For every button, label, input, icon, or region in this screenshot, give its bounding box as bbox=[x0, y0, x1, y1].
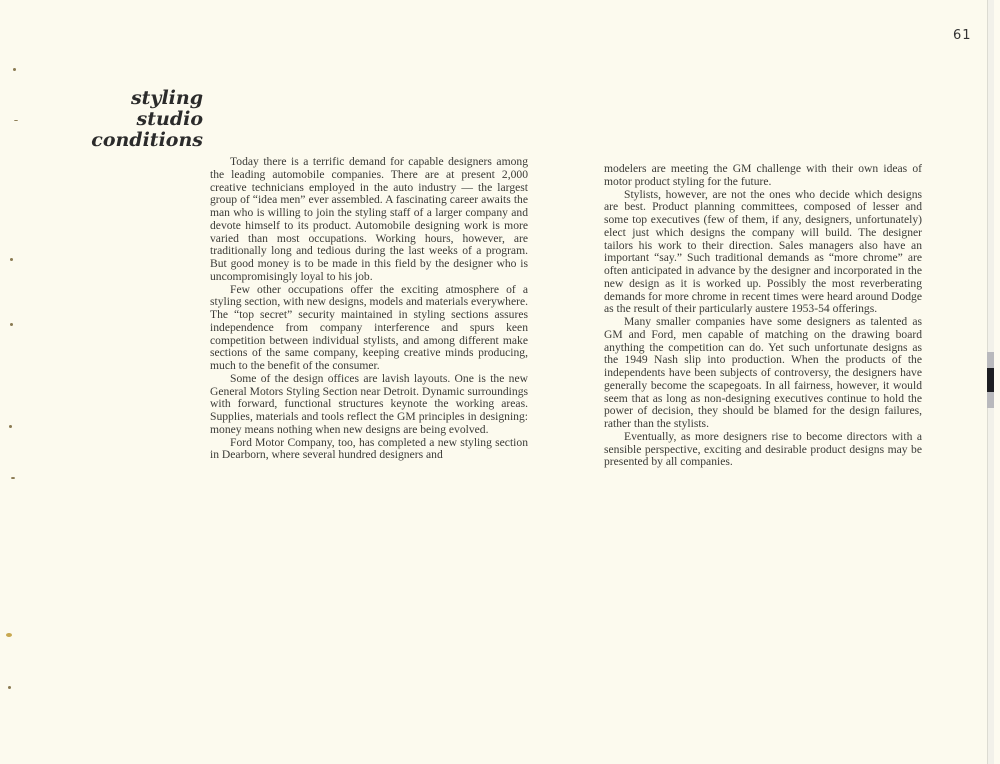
title-line-2: studio bbox=[91, 109, 203, 130]
paragraph-continued: modelers are meeting the GM challenge wi… bbox=[604, 163, 922, 189]
margin-speck bbox=[6, 633, 12, 637]
paragraph: Eventually, as more designers rise to be… bbox=[604, 431, 922, 469]
paragraph: Many smaller companies have some designe… bbox=[604, 316, 922, 431]
paragraph: Ford Motor Company, too, has completed a… bbox=[210, 437, 528, 463]
left-text-column: Today there is a terrific demand for cap… bbox=[210, 156, 528, 462]
margin-speck bbox=[13, 68, 16, 71]
margin-speck bbox=[10, 323, 13, 326]
paragraph: Few other occupations offer the exciting… bbox=[210, 284, 528, 373]
paragraph: Some of the design offices are lavish la… bbox=[210, 373, 528, 437]
page-number: 61 bbox=[953, 28, 972, 43]
section-title: styling studio conditions bbox=[91, 88, 203, 151]
paragraph: Stylists, however, are not the ones who … bbox=[604, 189, 922, 317]
right-text-column: modelers are meeting the GM challenge wi… bbox=[604, 163, 922, 469]
margin-speck bbox=[14, 120, 18, 121]
margin-speck bbox=[8, 686, 11, 689]
title-line-1: styling bbox=[91, 88, 203, 109]
margin-speck bbox=[9, 425, 12, 428]
book-page: 61 styling studio conditions Today there… bbox=[0, 0, 994, 764]
thumb-index-tab-mark bbox=[987, 368, 994, 392]
title-line-3: conditions bbox=[91, 130, 203, 151]
margin-speck bbox=[11, 477, 15, 479]
paragraph: Today there is a terrific demand for cap… bbox=[210, 156, 528, 284]
margin-speck bbox=[10, 258, 13, 261]
